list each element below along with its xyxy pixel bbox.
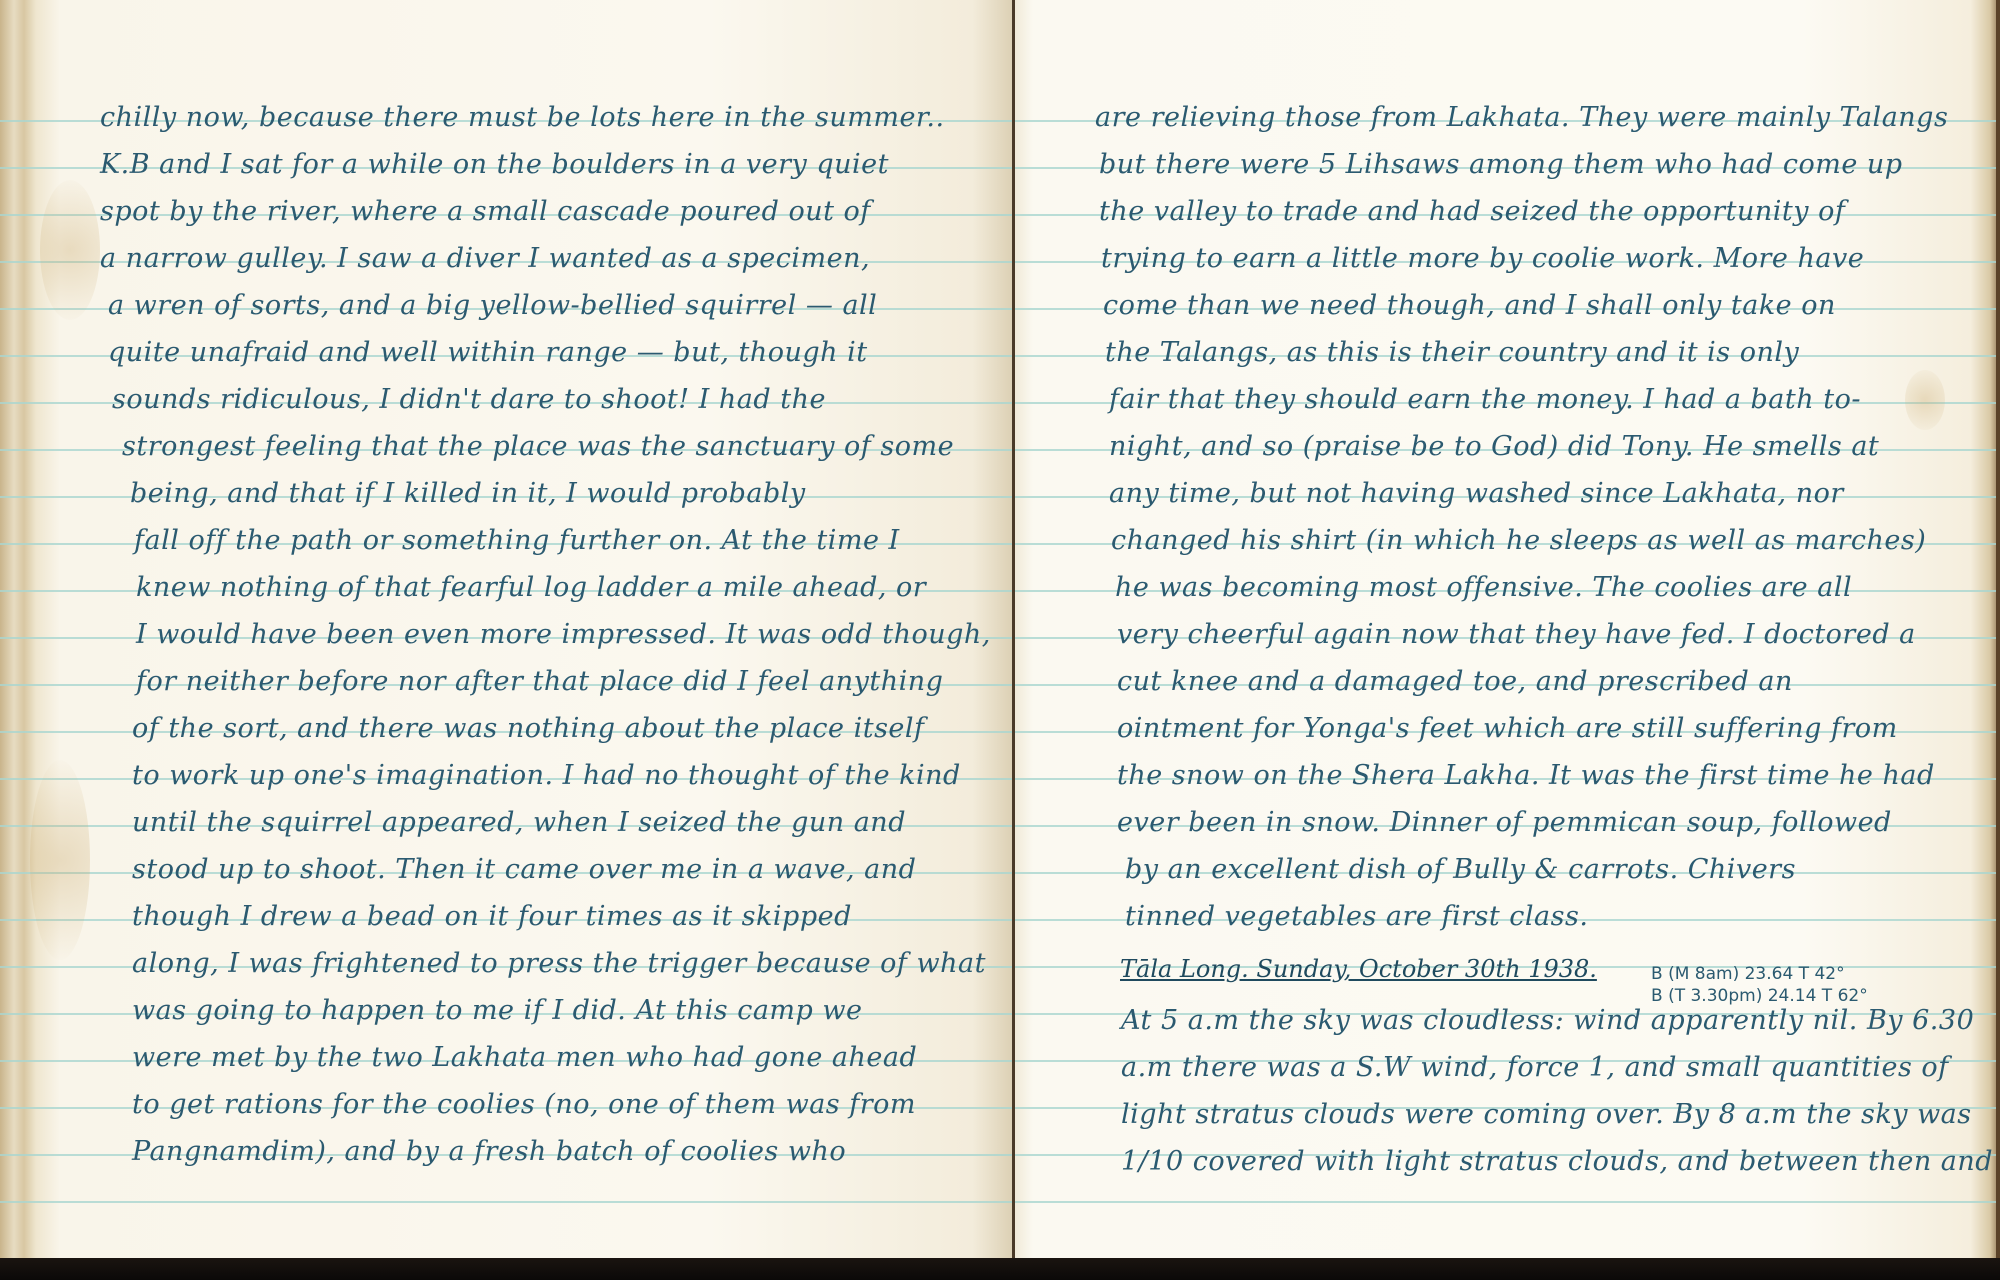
handwritten-line: for neither before nor after that place …: [136, 658, 943, 705]
handwritten-line: to get rations for the coolies (no, one …: [132, 1081, 916, 1128]
handwritten-line: spot by the river, where a small cascade…: [100, 188, 871, 235]
background-surface: [0, 1258, 2000, 1280]
paper-stain: [1905, 370, 1945, 430]
handwritten-line: was going to happen to me if I did. At t…: [132, 987, 863, 1034]
handwritten-line: chilly now, because there must be lots h…: [100, 94, 945, 141]
paper-stain: [30, 760, 90, 960]
notebook-spread: chilly now, because there must be lots h…: [0, 0, 2000, 1262]
handwritten-line: cut knee and a damaged toe, and prescrib…: [1117, 658, 1793, 705]
handwritten-line: fair that they should earn the money. I …: [1109, 376, 1861, 423]
right-page: are relieving those from Lakhata. They w…: [1015, 0, 2000, 1258]
handwritten-line: K.B and I sat for a while on the boulder…: [100, 141, 889, 188]
rule-line: [0, 1201, 1013, 1203]
handwritten-line: by an excellent dish of Bully & carrots.…: [1125, 846, 1796, 893]
page-edge: [1996, 0, 2000, 1258]
handwritten-line: the Talangs, as this is their country an…: [1105, 329, 1799, 376]
handwritten-line: though I drew a bead on it four times as…: [132, 893, 852, 940]
handwritten-line: quite unafraid and well within range — b…: [108, 329, 868, 376]
handwritten-line: the snow on the Shera Lakha. It was the …: [1117, 752, 1935, 799]
handwritten-line: trying to earn a little more by coolie w…: [1101, 235, 1864, 282]
handwritten-line: along, I was frightened to press the tri…: [132, 940, 986, 987]
handwritten-line: ever been in snow. Dinner of pemmican so…: [1117, 799, 1892, 846]
handwritten-line: sounds ridiculous, I didn't dare to shoo…: [112, 376, 826, 423]
handwritten-line: At 5 a.m the sky was cloudless: wind app…: [1121, 997, 1974, 1044]
handwritten-line: the valley to trade and had seized the o…: [1099, 188, 1845, 235]
entry-heading: Tāla Long. Sunday, October 30th 1938.: [1120, 955, 1597, 983]
handwritten-line: until the squirrel appeared, when I seiz…: [132, 799, 906, 846]
rule-line: [1015, 1201, 2000, 1203]
handwritten-line: a.m there was a S.W wind, force 1, and s…: [1121, 1044, 1949, 1091]
handwritten-line: are relieving those from Lakhata. They w…: [1095, 94, 1948, 141]
handwritten-line: night, and so (praise be to God) did Ton…: [1109, 423, 1879, 470]
handwritten-line: ointment for Yonga's feet which are stil…: [1117, 705, 1898, 752]
handwritten-line: were met by the two Lakhata men who had …: [132, 1034, 917, 1081]
handwritten-line: but there were 5 Lihsaws among them who …: [1099, 141, 1903, 188]
handwritten-line: very cheerful again now that they have f…: [1117, 611, 1916, 658]
paper-stain: [40, 180, 100, 320]
handwritten-line: changed his shirt (in which he sleeps as…: [1111, 517, 1926, 564]
handwritten-line: of the sort, and there was nothing about…: [132, 705, 925, 752]
left-page: chilly now, because there must be lots h…: [0, 0, 1013, 1258]
handwritten-line: he was becoming most offensive. The cool…: [1115, 564, 1852, 611]
handwritten-line: light stratus clouds were coming over. B…: [1121, 1091, 1972, 1138]
handwritten-line: being, and that if I killed in it, I wou…: [130, 470, 806, 517]
handwritten-line: a wren of sorts, and a big yellow-bellie…: [108, 282, 877, 329]
handwritten-line: to work up one's imagination. I had no t…: [132, 752, 961, 799]
barometer-reading-morning: B (M 8am) 23.64 T 42°: [1651, 963, 1845, 985]
handwritten-line: stood up to shoot. Then it came over me …: [132, 846, 916, 893]
handwritten-line: 1/10 covered with light stratus clouds, …: [1121, 1138, 1993, 1185]
handwritten-line: strongest feeling that the place was the…: [122, 423, 954, 470]
handwritten-line: come than we need though, and I shall on…: [1103, 282, 1836, 329]
handwritten-line: fall off the path or something further o…: [134, 517, 900, 564]
handwritten-line: Pangnamdim), and by a fresh batch of coo…: [132, 1128, 846, 1175]
handwritten-line: a narrow gulley. I saw a diver I wanted …: [100, 235, 870, 282]
handwritten-line: any time, but not having washed since La…: [1109, 470, 1844, 517]
handwritten-line: tinned vegetables are first class.: [1125, 893, 1588, 940]
handwritten-line: I would have been even more impressed. I…: [136, 611, 991, 658]
handwritten-line: knew nothing of that fearful log ladder …: [136, 564, 926, 611]
